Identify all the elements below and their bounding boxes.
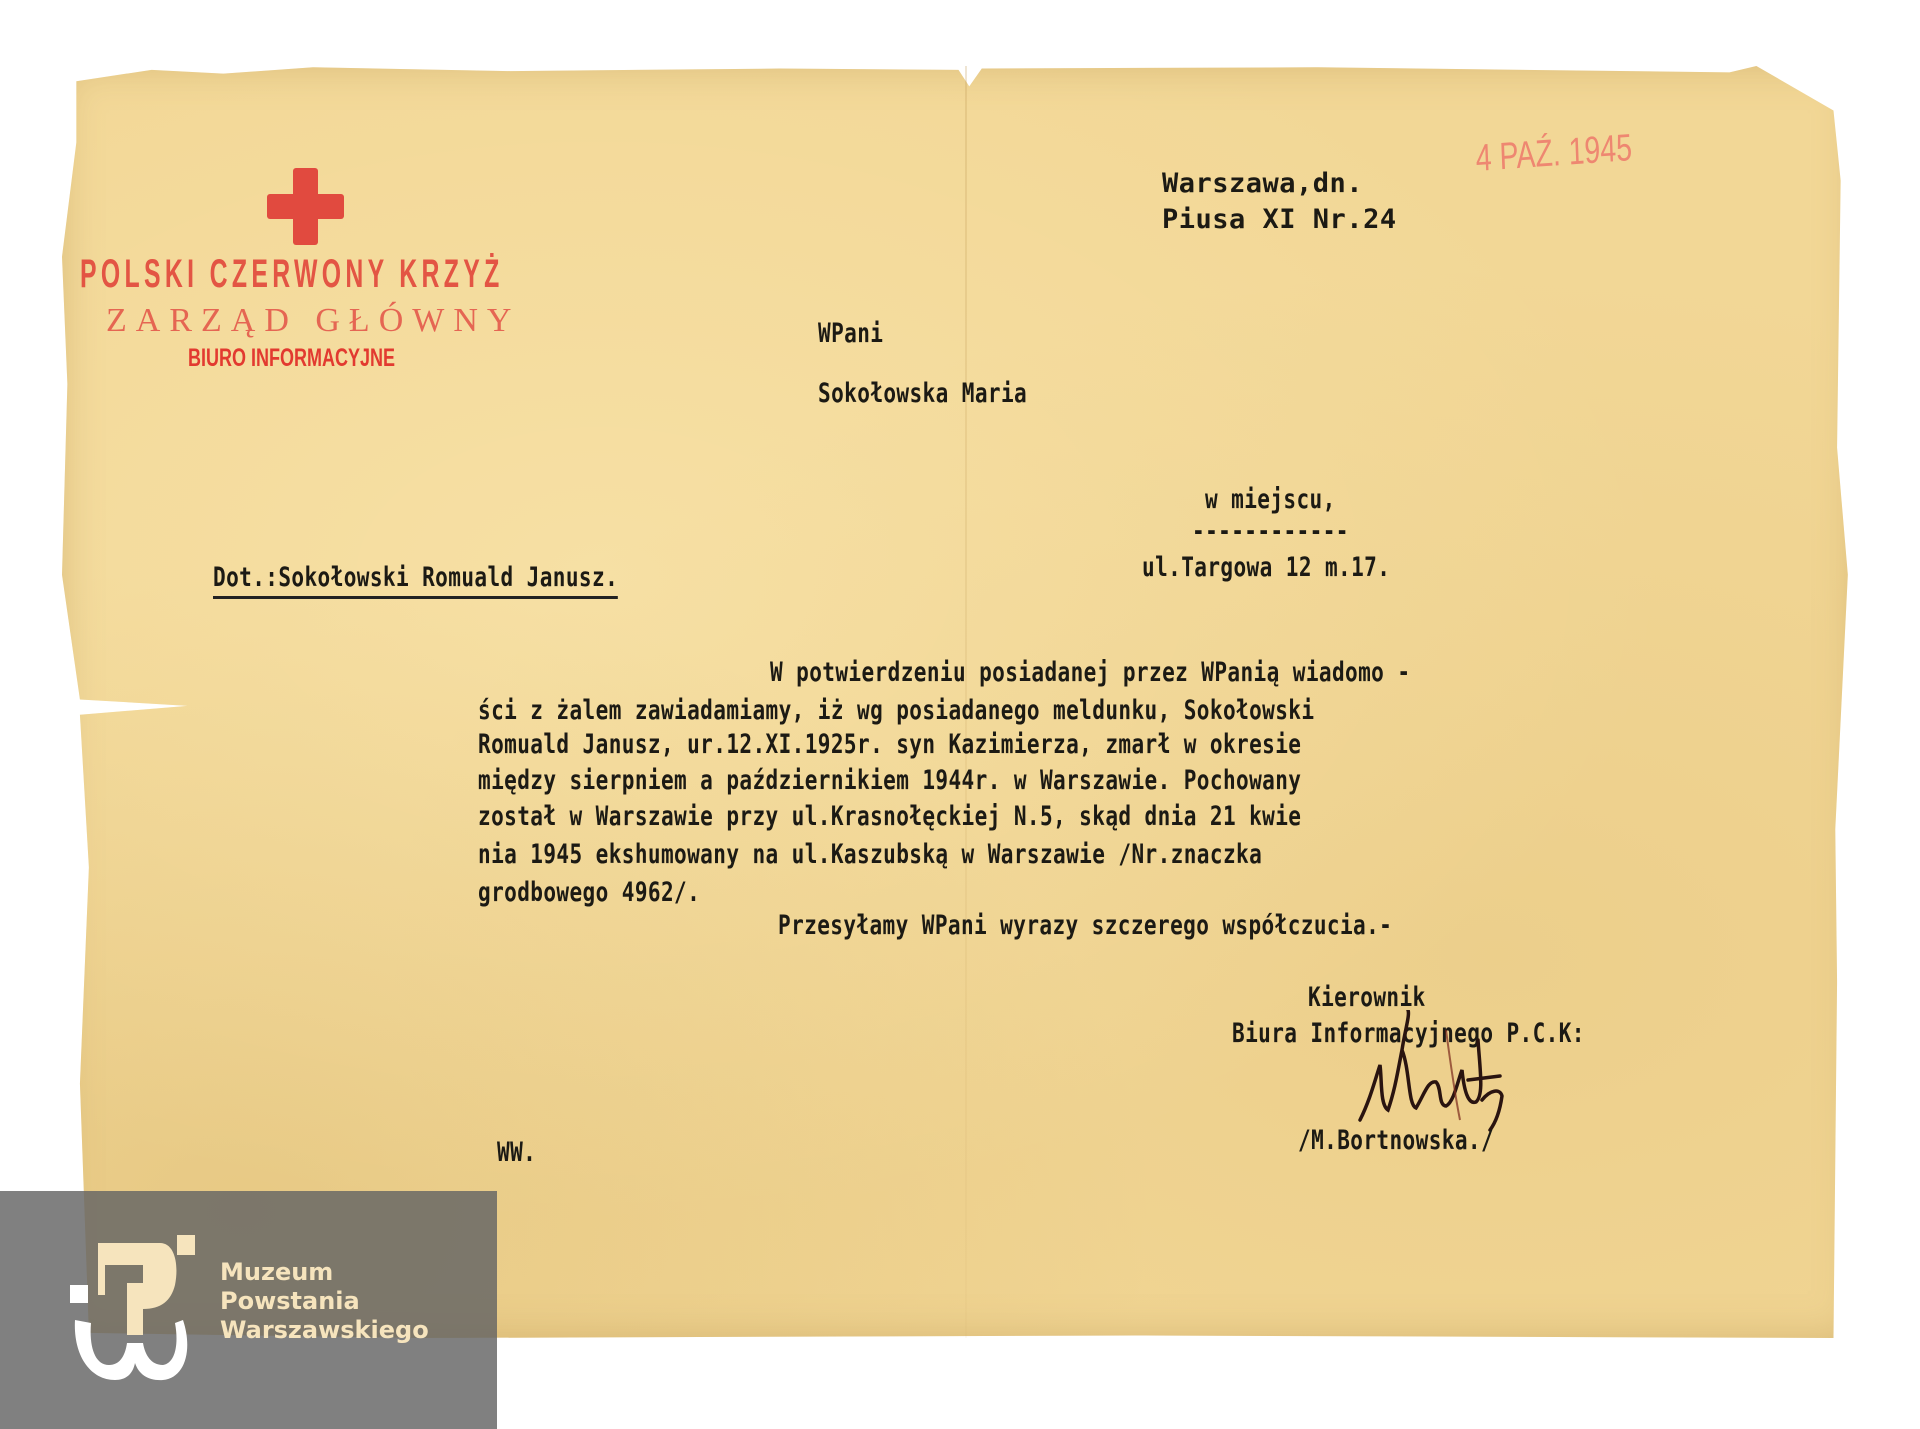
museum-name: Muzeum Powstania Warszawskiego [220,1258,429,1345]
signature-name: /M.Bortnowska./ [1298,1125,1494,1156]
body-line-2: ści z żalem zawiadamiamy, iż wg posiadan… [478,695,1314,726]
subject-line: Dot.:Sokołowski Romuald Janusz. [213,562,618,599]
museum-name-line2: Powstania [220,1287,429,1316]
body-line-6: nia 1945 ekshumowany na ul.Kaszubską w W… [478,839,1262,870]
recipient-salutation: WPani [818,318,883,349]
red-cross-icon [267,168,344,245]
recipient-name: Sokołowska Maria [818,378,1027,409]
recipient-separator: ------------ [1192,516,1349,547]
kotwica-anchor-logo-icon [65,1235,195,1385]
recipient-locality: w miejscu, [1205,484,1336,515]
handwritten-signature-icon [1350,1010,1550,1140]
letterhead-organization: POLSKI CZERWONY KRZYŻ [80,252,504,297]
signature-title: Kierownik [1308,982,1426,1013]
body-closing: Przesyłamy WPani wyrazy szczerego współc… [778,910,1392,941]
museum-name-line1: Muzeum [220,1258,429,1287]
typist-initials: WW. [497,1137,536,1168]
body-line-7: grodbowego 4962/. [478,877,700,908]
sender-address-line2: Piusa XI Nr.24 [1162,204,1397,235]
body-line-5: został w Warszawie przy ul.Krasnołęckiej… [478,801,1301,832]
letterhead-division: ZARZĄD GŁÓWNY [106,302,520,340]
museum-name-line3: Warszawskiego [220,1316,429,1345]
letterhead-bureau: BIURO INFORMACYJNE [188,344,395,373]
body-line-1: W potwierdzeniu posiadanej przez WPanią … [770,657,1410,688]
body-line-3: Romuald Janusz, ur.12.XI.1925r. syn Kazi… [478,729,1301,760]
body-line-4: między sierpniem a październikiem 1944r.… [478,765,1301,796]
sender-address-line1: Warszawa,dn. [1162,168,1363,199]
recipient-street: ul.Targowa 12 m.17. [1142,552,1390,583]
